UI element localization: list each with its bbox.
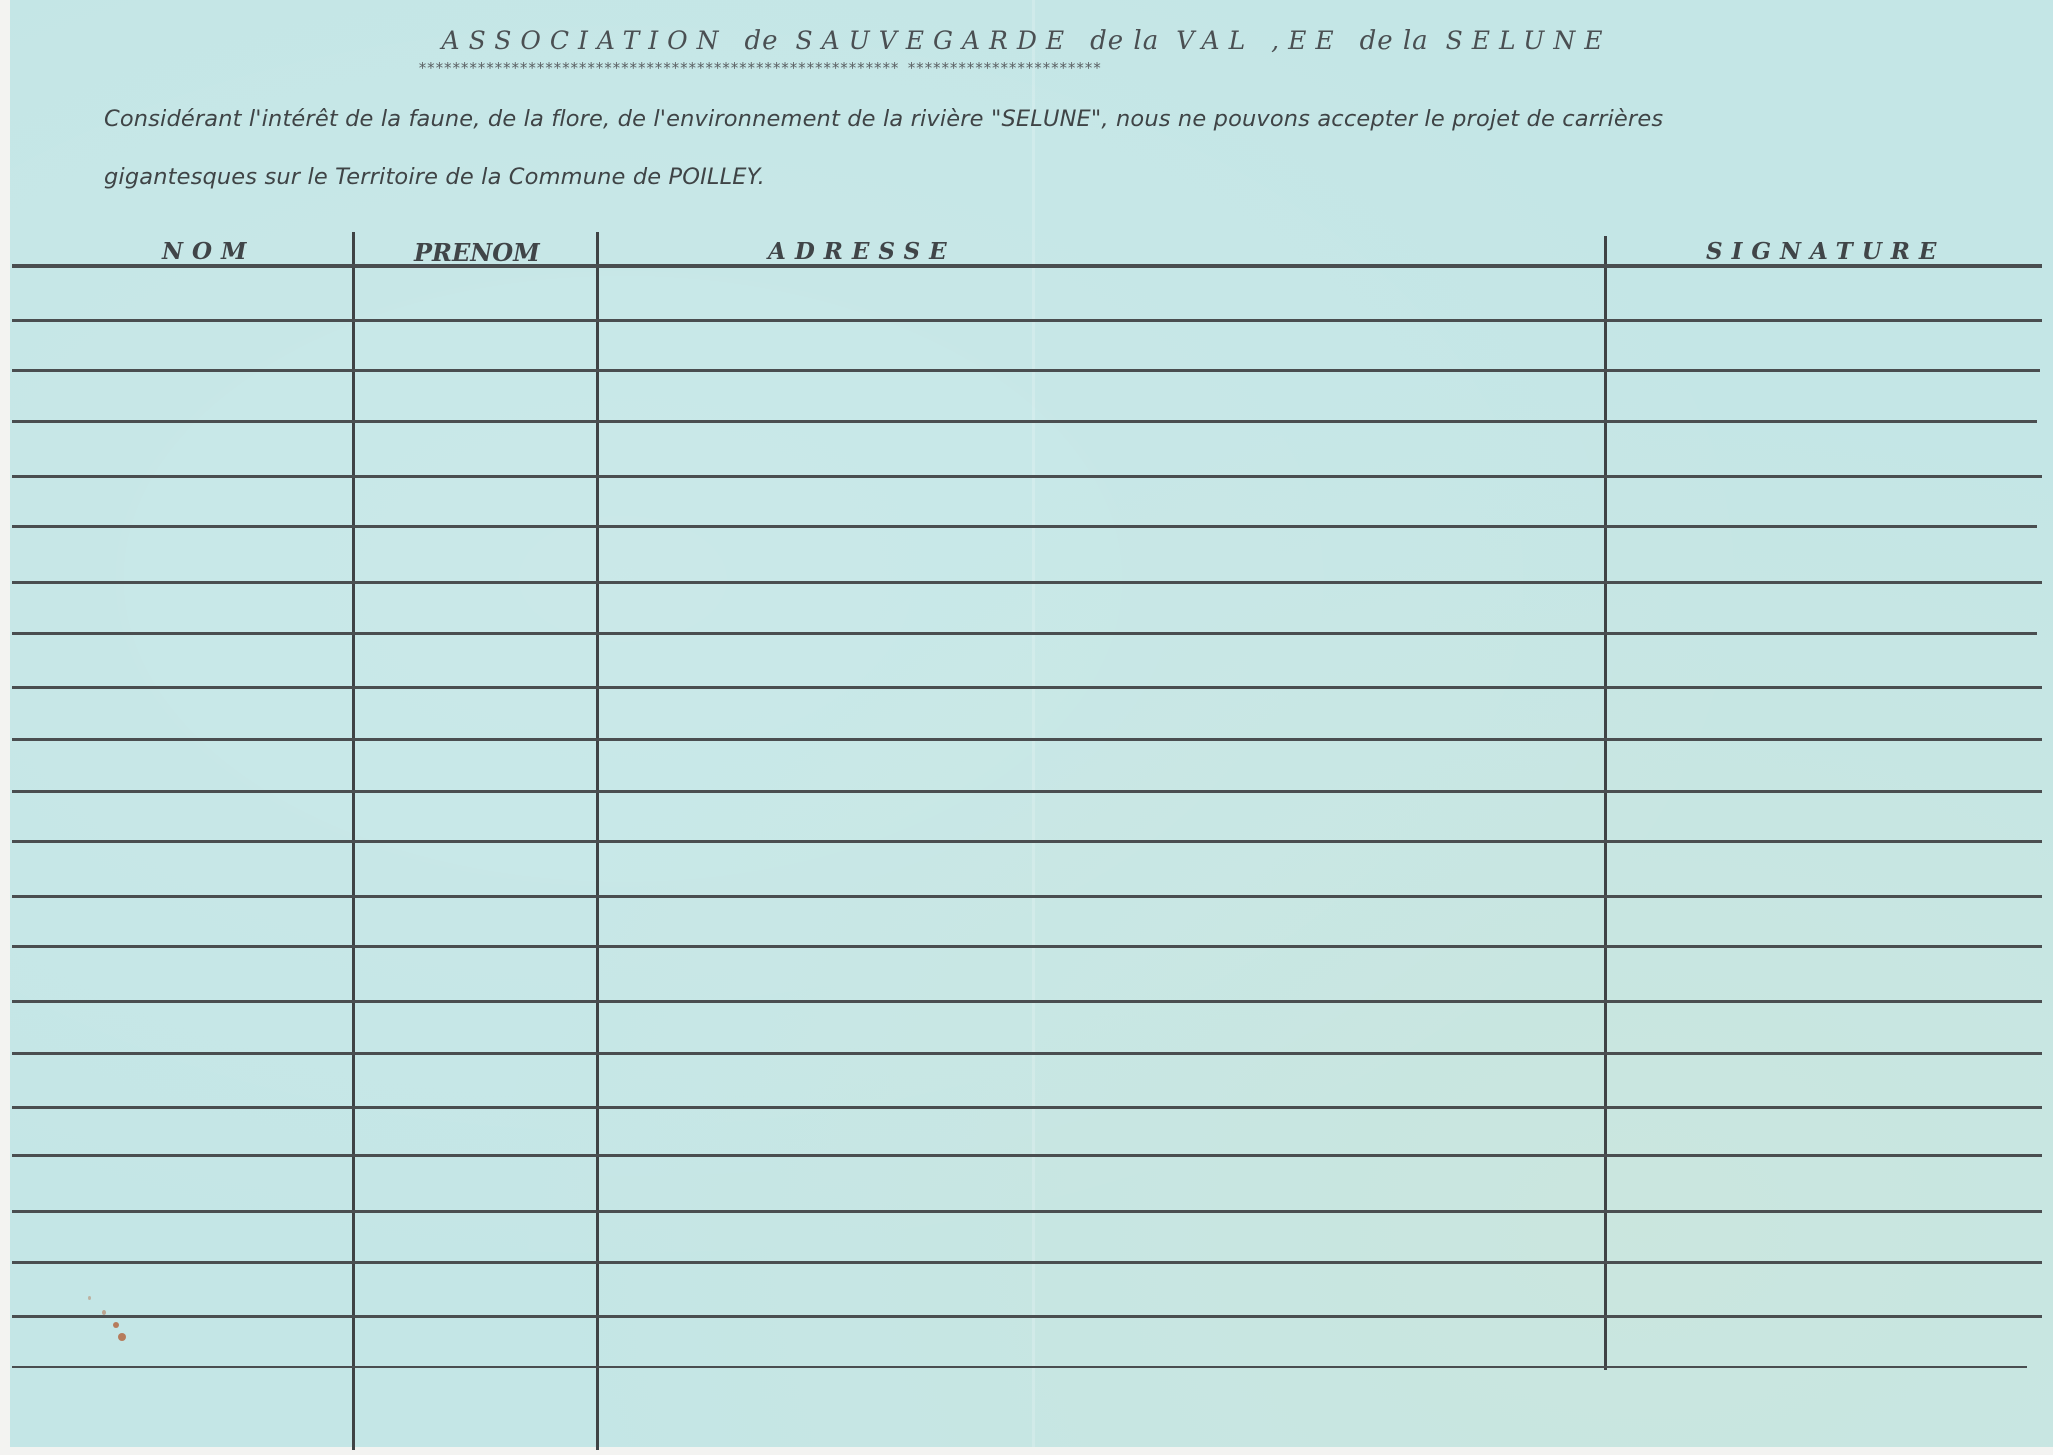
row-rule	[12, 1154, 2042, 1157]
stars-left: ****************************************…	[418, 60, 899, 76]
row-rule	[12, 475, 2042, 478]
row-rule	[12, 1315, 2042, 1318]
statement-line-2: gigantesques sur le Territoire de la Com…	[104, 164, 765, 190]
petition-sheet	[10, 0, 2053, 1447]
rust-stain	[102, 1310, 106, 1315]
column-header-nom: NOM	[162, 238, 256, 265]
header-rule	[12, 264, 2042, 268]
title-association: ASSOCIATION	[442, 26, 728, 55]
row-rule	[12, 945, 2042, 948]
statement-line-1: Considérant l'intérêt de la faune, de la…	[104, 106, 1663, 132]
row-rule	[12, 525, 2037, 528]
row-rule	[12, 319, 2042, 322]
paper-fold	[1032, 0, 1035, 1447]
column-divider-adresse-signature	[1604, 236, 1607, 1370]
row-rule	[12, 1210, 2042, 1213]
title-selune: SELUNE	[1446, 26, 1612, 55]
row-rule	[12, 1000, 2042, 1003]
row-rule	[12, 581, 2042, 584]
row-rule	[12, 1052, 2042, 1055]
rust-stain	[88, 1296, 91, 1300]
title-de: de	[744, 26, 778, 56]
row-rule	[12, 738, 2042, 741]
column-header-signature: SIGNATURE	[1706, 238, 1945, 265]
rust-stain	[118, 1333, 126, 1341]
title-dela-2: de la	[1360, 26, 1429, 56]
row-rule	[12, 420, 2037, 423]
row-rule	[12, 895, 2042, 898]
column-header-prenom: PRENOM	[414, 238, 540, 267]
column-header-adresse: ADRESSE	[768, 238, 956, 265]
row-rule	[12, 1261, 2042, 1264]
title-dela: de la	[1090, 26, 1159, 56]
row-rule	[12, 686, 2042, 689]
row-rule	[12, 840, 2042, 843]
association-title: ASSOCIATION de SAUVEGARDE de la VAL ,EE …	[0, 26, 2053, 56]
rust-stain	[113, 1322, 119, 1328]
row-rule	[12, 369, 2040, 372]
stars-right: ***********************	[907, 60, 1101, 76]
row-rule	[12, 1106, 2042, 1109]
title-sauvegarde: SAUVEGARDE	[795, 26, 1073, 55]
row-rule	[12, 1366, 2027, 1368]
row-rule	[12, 632, 2037, 635]
row-rule	[12, 790, 2042, 793]
title-underline-stars: ****************************************…	[418, 60, 1658, 76]
title-vallee: VAL ,EE	[1176, 26, 1342, 55]
